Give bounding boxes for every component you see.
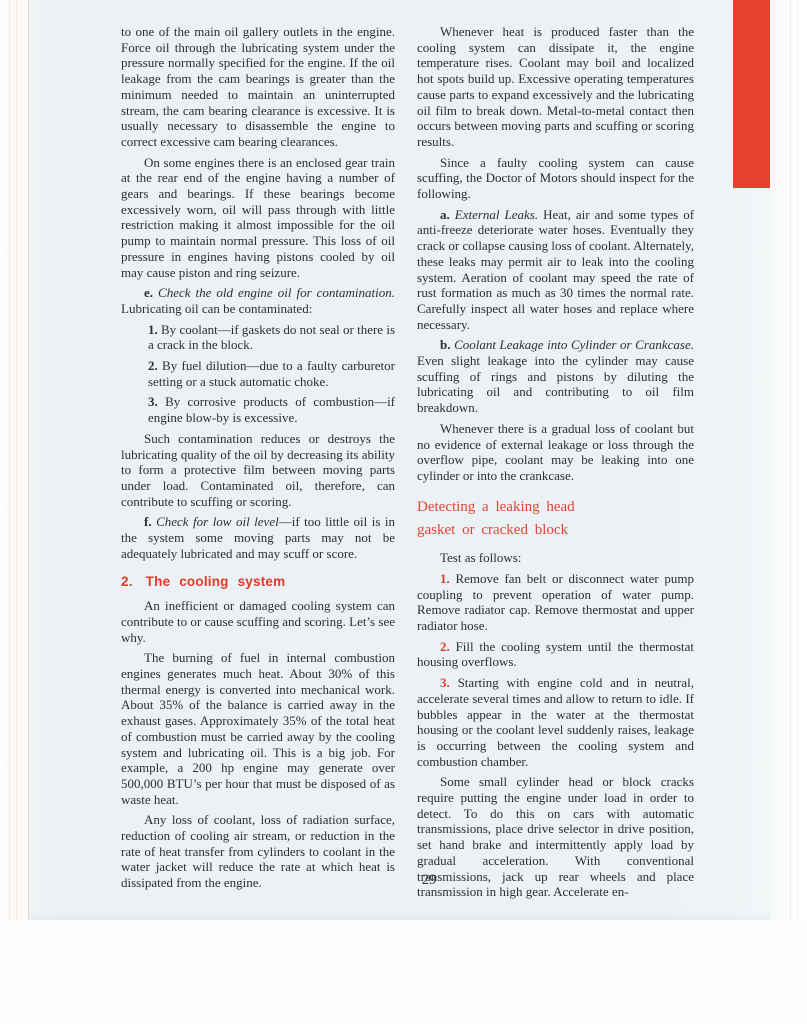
item-number: 1. (148, 322, 158, 337)
item-letter: e. (144, 285, 153, 300)
red-index-tab (733, 0, 770, 188)
item-text: By corrosive products of combustion—if e… (148, 394, 395, 425)
step-text: Fill the cooling system until the thermo… (417, 639, 694, 670)
paragraph: Whenever heat is produced faster than th… (417, 24, 694, 150)
item-title: External Leaks. (455, 207, 538, 222)
item-text: By coolant—if gaskets do not seal or the… (148, 322, 395, 353)
numbered-item: 3. By corrosive products of combustion—i… (148, 394, 395, 425)
item-text: By fuel dilution—due to a faulty carbure… (148, 358, 395, 389)
left-column: to one of the main oil gallery outlets i… (121, 24, 395, 896)
heading-line: Detecting a leaking head (417, 499, 575, 515)
step-text: Starting with engine cold and in neutral… (417, 675, 694, 769)
step-number: 1. (440, 571, 450, 586)
paragraph: Since a faulty cooling system can cause … (417, 155, 694, 202)
step-number: 2. (440, 639, 450, 654)
item-title: Check the old engine oil for contaminati… (158, 285, 395, 300)
item-title: Check for low oil level (156, 514, 279, 529)
paragraph: The burning of fuel in internal combusti… (121, 650, 395, 807)
page-number: 29 (384, 872, 474, 889)
item-title: Coolant Leakage into Cylinder or Crankca… (454, 337, 694, 352)
step-number: 3. (440, 675, 450, 690)
section-title: The cooling system (146, 574, 286, 589)
lettered-item-b: b. Coolant Leakage into Cylinder or Cran… (417, 337, 694, 416)
scan-background-bottom (0, 920, 807, 1024)
paragraph: An inefficient or damaged cooling system… (121, 598, 395, 645)
paragraph: Any loss of coolant, loss of radiation s… (121, 812, 395, 891)
paragraph: On some engines there is an enclosed gea… (121, 155, 395, 281)
lettered-item-f: f. Check for low oil level—if too little… (121, 514, 395, 561)
item-number: 2. (148, 358, 158, 373)
item-letter: a. (440, 207, 450, 222)
item-number: 3. (148, 394, 158, 409)
book-left-edge (0, 0, 28, 920)
section-number: 2. (121, 574, 133, 589)
numbered-step: 1. Remove fan belt or disconnect water p… (417, 571, 694, 634)
item-letter: b. (440, 337, 450, 352)
item-letter: f. (144, 514, 152, 529)
paragraph: Test as follows: (417, 550, 694, 566)
numbered-item: 1. By coolant—if gaskets do not seal or … (148, 322, 395, 353)
subsection-heading-leak-detection: Detecting a leaking headgasket or cracke… (417, 496, 694, 543)
item-text: Lubricating oil can be contaminated: (121, 301, 312, 316)
numbered-item: 2. By fuel dilution—due to a faulty carb… (148, 358, 395, 389)
right-column: Whenever heat is produced faster than th… (417, 24, 694, 905)
paragraph: to one of the main oil gallery outlets i… (121, 24, 395, 150)
numbered-step: 2. Fill the cooling system until the the… (417, 639, 694, 670)
step-text: Remove fan belt or disconnect water pump… (417, 571, 694, 633)
heading-line: gasket or cracked block (417, 522, 568, 538)
lettered-item-a: a. External Leaks. Heat, air and some ty… (417, 207, 694, 333)
paragraph: Such contamination reduces or destroys t… (121, 431, 395, 510)
item-text: Even slight leakage into the cylinder ma… (417, 353, 694, 415)
book-right-edge (770, 0, 807, 920)
numbered-step: 3. Starting with engine cold and in neut… (417, 675, 694, 769)
page-paper: to one of the main oil gallery outlets i… (28, 0, 771, 920)
paragraph: Whenever there is a gradual loss of cool… (417, 421, 694, 484)
item-text: Heat, air and some types of anti-freeze … (417, 207, 694, 332)
section-heading-cooling-system: 2.The cooling system (121, 574, 395, 590)
scanned-page: to one of the main oil gallery outlets i… (0, 0, 807, 1024)
lettered-item-e: e. Check the old engine oil for contamin… (121, 285, 395, 316)
